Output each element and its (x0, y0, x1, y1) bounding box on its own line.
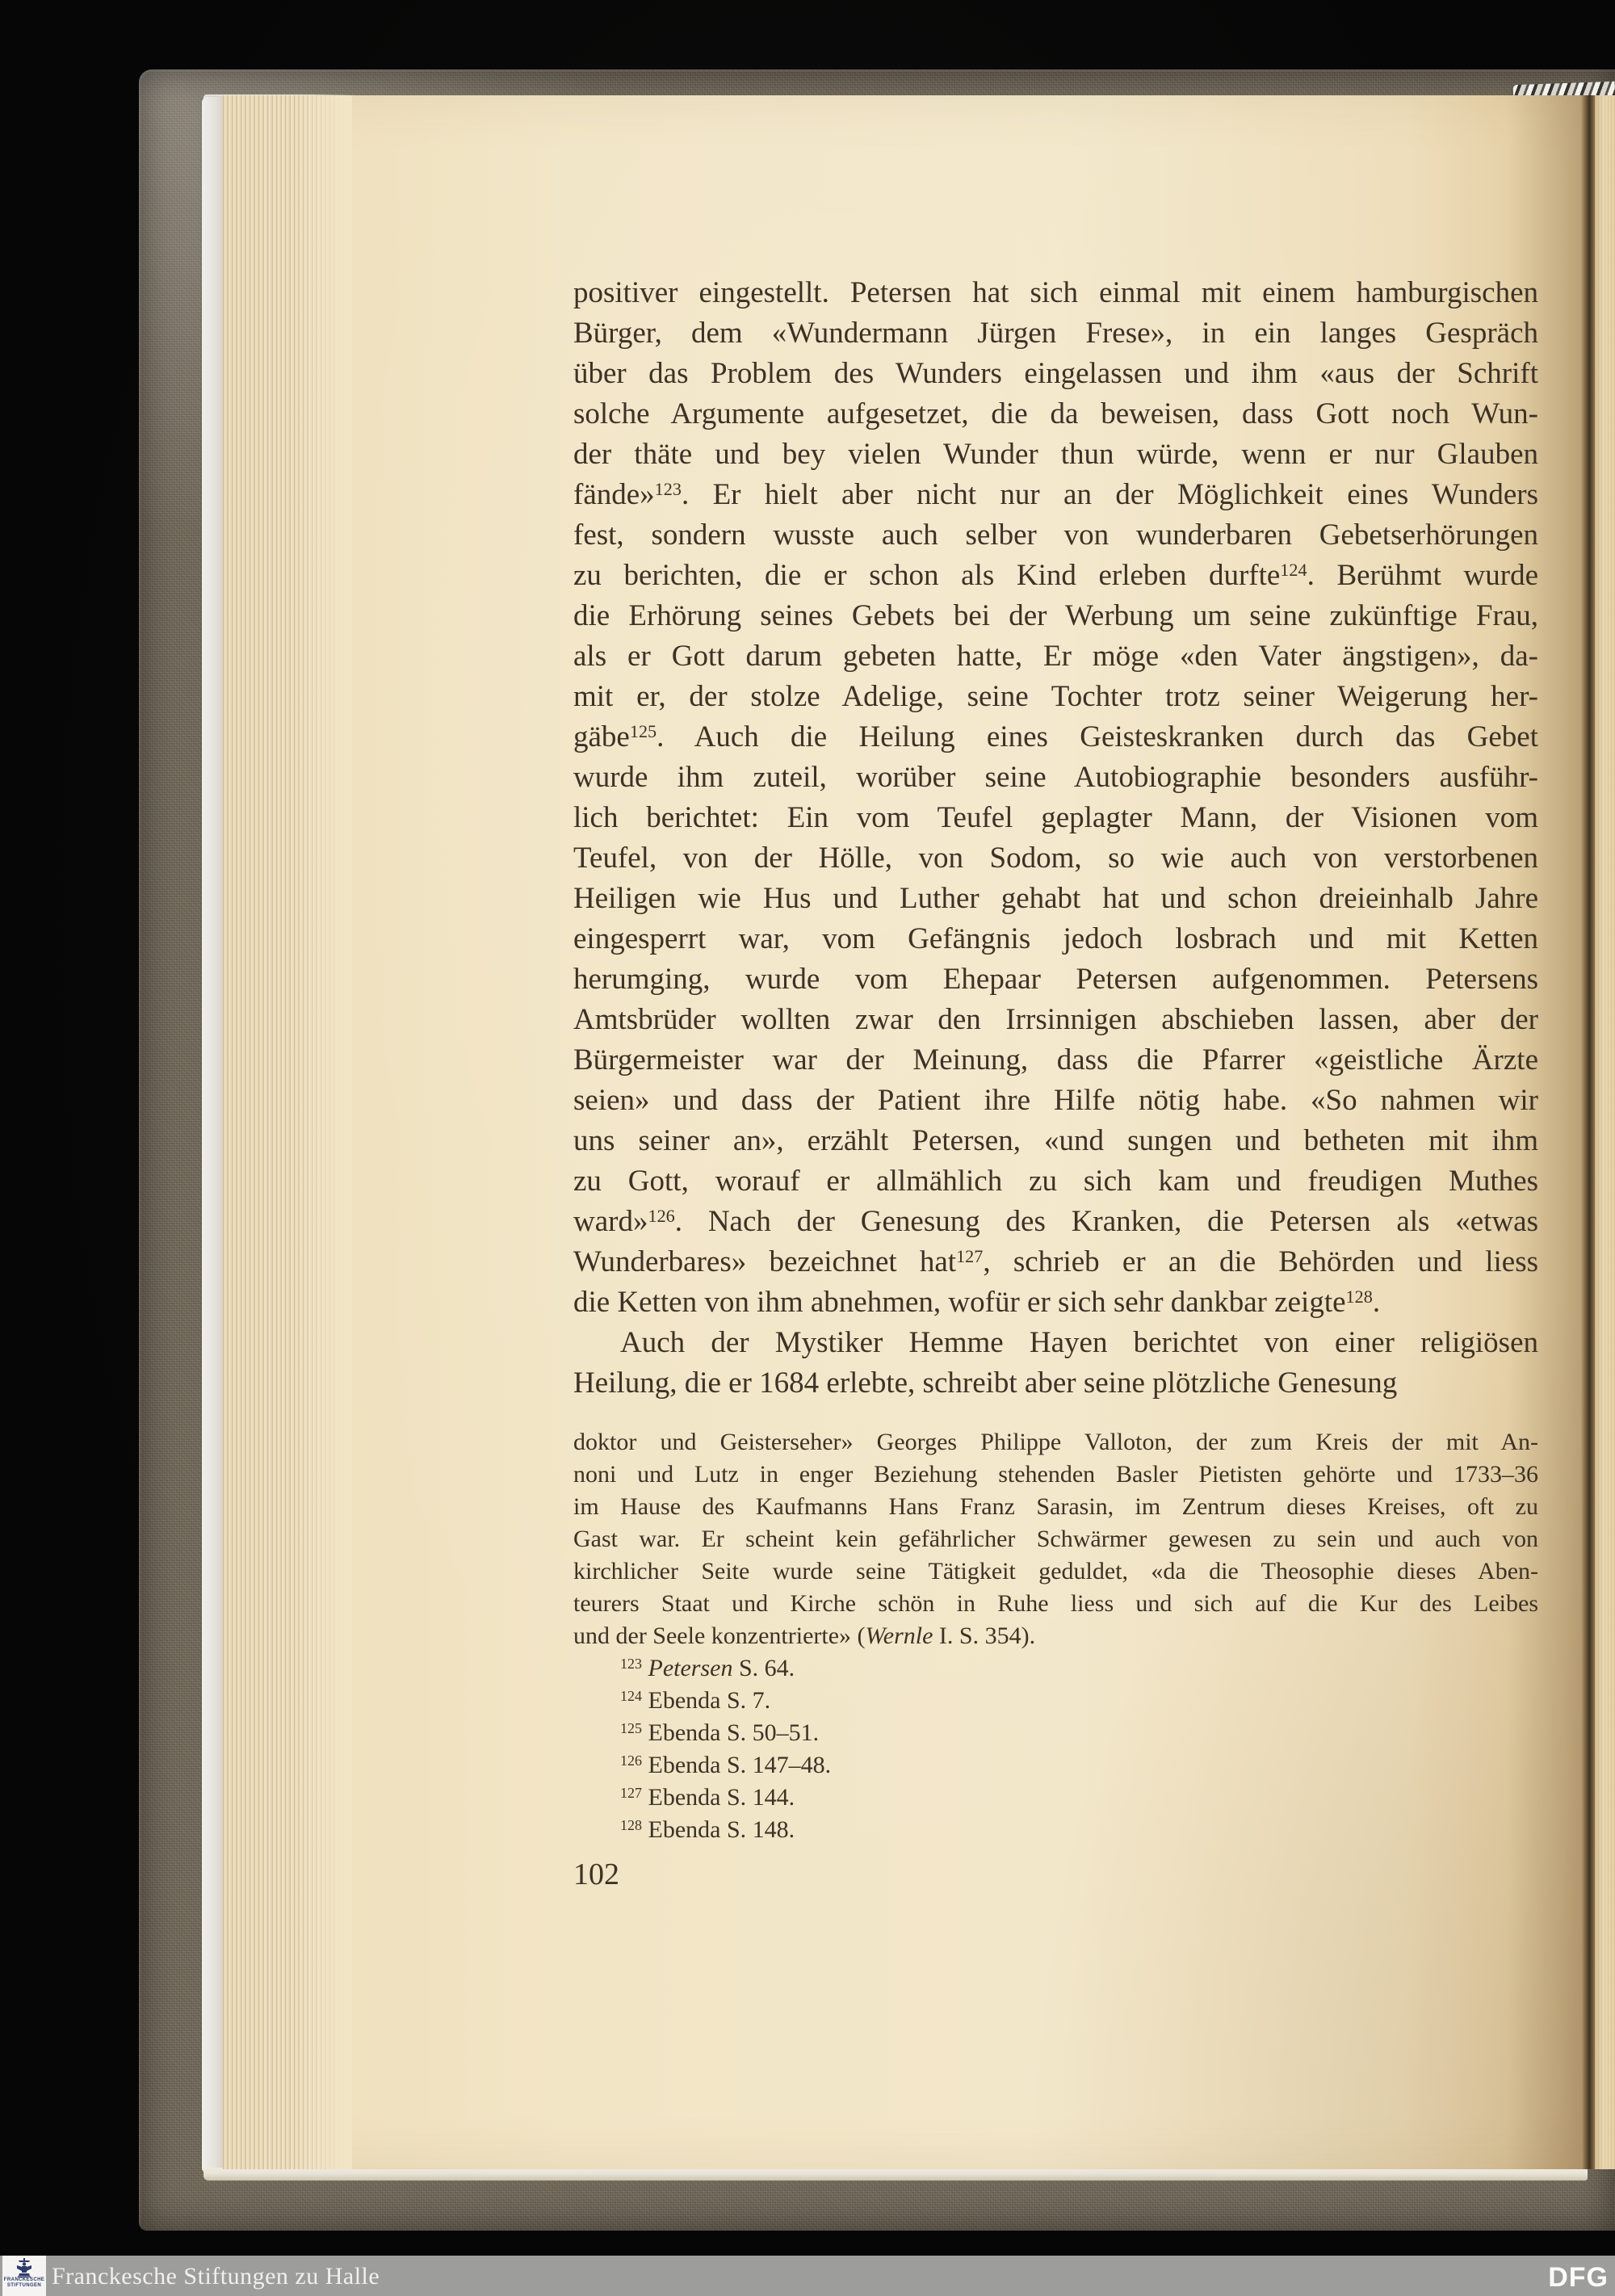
text-line: eingesperrt war, vom Gefängnis jedoch lo… (573, 919, 1538, 959)
text-line: gäbe125. Auch die Heilung eines Geistesk… (573, 717, 1538, 758)
text-line: solche Argumente aufgesetzet, die da bew… (573, 394, 1538, 434)
text-line: zu Gott, worauf er allmählich zu sich ka… (573, 1161, 1538, 1202)
text-line: doktor und Geisterseher» Georges Philipp… (573, 1426, 1538, 1459)
text-line: 127 Ebenda S. 144. (573, 1782, 1538, 1814)
footnote-block: doktor und Geisterseher» Georges Philipp… (573, 1426, 1538, 1846)
text-line: als er Gott darum gebeten hatte, Er möge… (573, 636, 1538, 677)
text-line: über das Problem des Wunders eingelassen… (573, 354, 1538, 394)
text-line: fände»123. Er hielt aber nicht nur an de… (573, 475, 1538, 515)
text-line: Bürgermeister war der Meinung, dass die … (573, 1040, 1538, 1081)
adjacent-page-edge (1595, 95, 1615, 2169)
text-line: 126 Ebenda S. 147–48. (573, 1749, 1538, 1782)
text-line: ward»126. Nach der Genesung des Kranken,… (573, 1202, 1538, 1242)
text-line: Amtsbrüder wollten zwar den Irrsinnigen … (573, 1000, 1538, 1040)
institution-logo-text-line2: STIFTUNGEN (7, 2283, 41, 2289)
text-line: wurde ihm zuteil, worüber seine Autobiog… (573, 758, 1538, 798)
body-text: positiver eingestellt. Petersen hat sich… (573, 273, 1538, 1404)
text-line: die Ketten von ihm abnehmen, wofür er si… (573, 1282, 1538, 1323)
text-line: 125 Ebenda S. 50–51. (573, 1717, 1538, 1749)
text-line: der thäte und bey vielen Wunder thun wür… (573, 434, 1538, 475)
page-stack-striations (223, 95, 352, 2169)
text-line: mit er, der stolze Adelige, seine Tochte… (573, 677, 1538, 717)
text-line: herumging, wurde vom Ehepaar Petersen au… (573, 959, 1538, 1000)
text-line: Heiligen wie Hus und Luther gehabt hat u… (573, 879, 1538, 919)
text-line: Bürger, dem «Wundermann Jürgen Frese», i… (573, 313, 1538, 354)
page-number: 102 (573, 1856, 619, 1893)
institution-logo-text-line1: FRANCKESCHE (4, 2277, 44, 2283)
text-line: Wunderbares» bezeichnet hat127, schrieb … (573, 1242, 1538, 1282)
text-line: noni und Lutz in enger Beziehung stehend… (573, 1459, 1538, 1491)
text-line: 124 Ebenda S. 7. (573, 1685, 1538, 1717)
text-line: im Hause des Kaufmanns Hans Franz Sarasi… (573, 1491, 1538, 1523)
institution-logo-box: FRANCKESCHE STIFTUNGEN (2, 2256, 46, 2296)
text-line: fest, sondern wusste auch selber von wun… (573, 515, 1538, 556)
institution-name: Franckesche Stiftungen zu Halle (52, 2256, 380, 2296)
text-line: teurers Staat und Kirche schön in Ruhe l… (573, 1588, 1538, 1620)
text-line: Gast war. Er scheint kein gefährlicher S… (573, 1523, 1538, 1555)
text-line: Teufel, von der Hölle, von Sodom, so wie… (573, 838, 1538, 879)
text-line: zu berichten, die er schon als Kind erle… (573, 556, 1538, 596)
text-line: lich berichtet: Ein vom Teufel geplagter… (573, 798, 1538, 838)
franckesche-stiftungen-logo-icon (14, 2258, 35, 2277)
text-line: die Erhörung seines Gebets bei der Werbu… (573, 596, 1538, 636)
text-line: Auch der Mystiker Hemme Hayen berichtet … (573, 1323, 1538, 1363)
text-line: kirchlicher Seite wurde seine Tätigkeit … (573, 1555, 1538, 1588)
text-line: 128 Ebenda S. 148. (573, 1814, 1538, 1846)
gutter-crease (1581, 95, 1595, 2169)
text-line: seien» und dass der Patient ihre Hilfe n… (573, 1081, 1538, 1121)
text-line: Heilung, die er 1684 erlebte, schreibt a… (573, 1363, 1538, 1404)
page-fore-edge-white (202, 97, 223, 2172)
book-scan-photo: positiver eingestellt. Petersen hat sich… (0, 0, 1615, 2296)
page-bottom-edges (203, 2168, 1588, 2181)
text-line: und der Seele konzentrierte» (Wernle I. … (573, 1620, 1538, 1652)
text-line: uns seiner an», erzählt Petersen, «und s… (573, 1121, 1538, 1161)
digitization-footer-bar: FRANCKESCHE STIFTUNGEN Franckesche Stift… (0, 2256, 1615, 2296)
text-line: 123 Petersen S. 64. (573, 1652, 1538, 1685)
dfg-logo: DFG (1548, 2256, 1609, 2296)
text-line: positiver eingestellt. Petersen hat sich… (573, 273, 1538, 313)
